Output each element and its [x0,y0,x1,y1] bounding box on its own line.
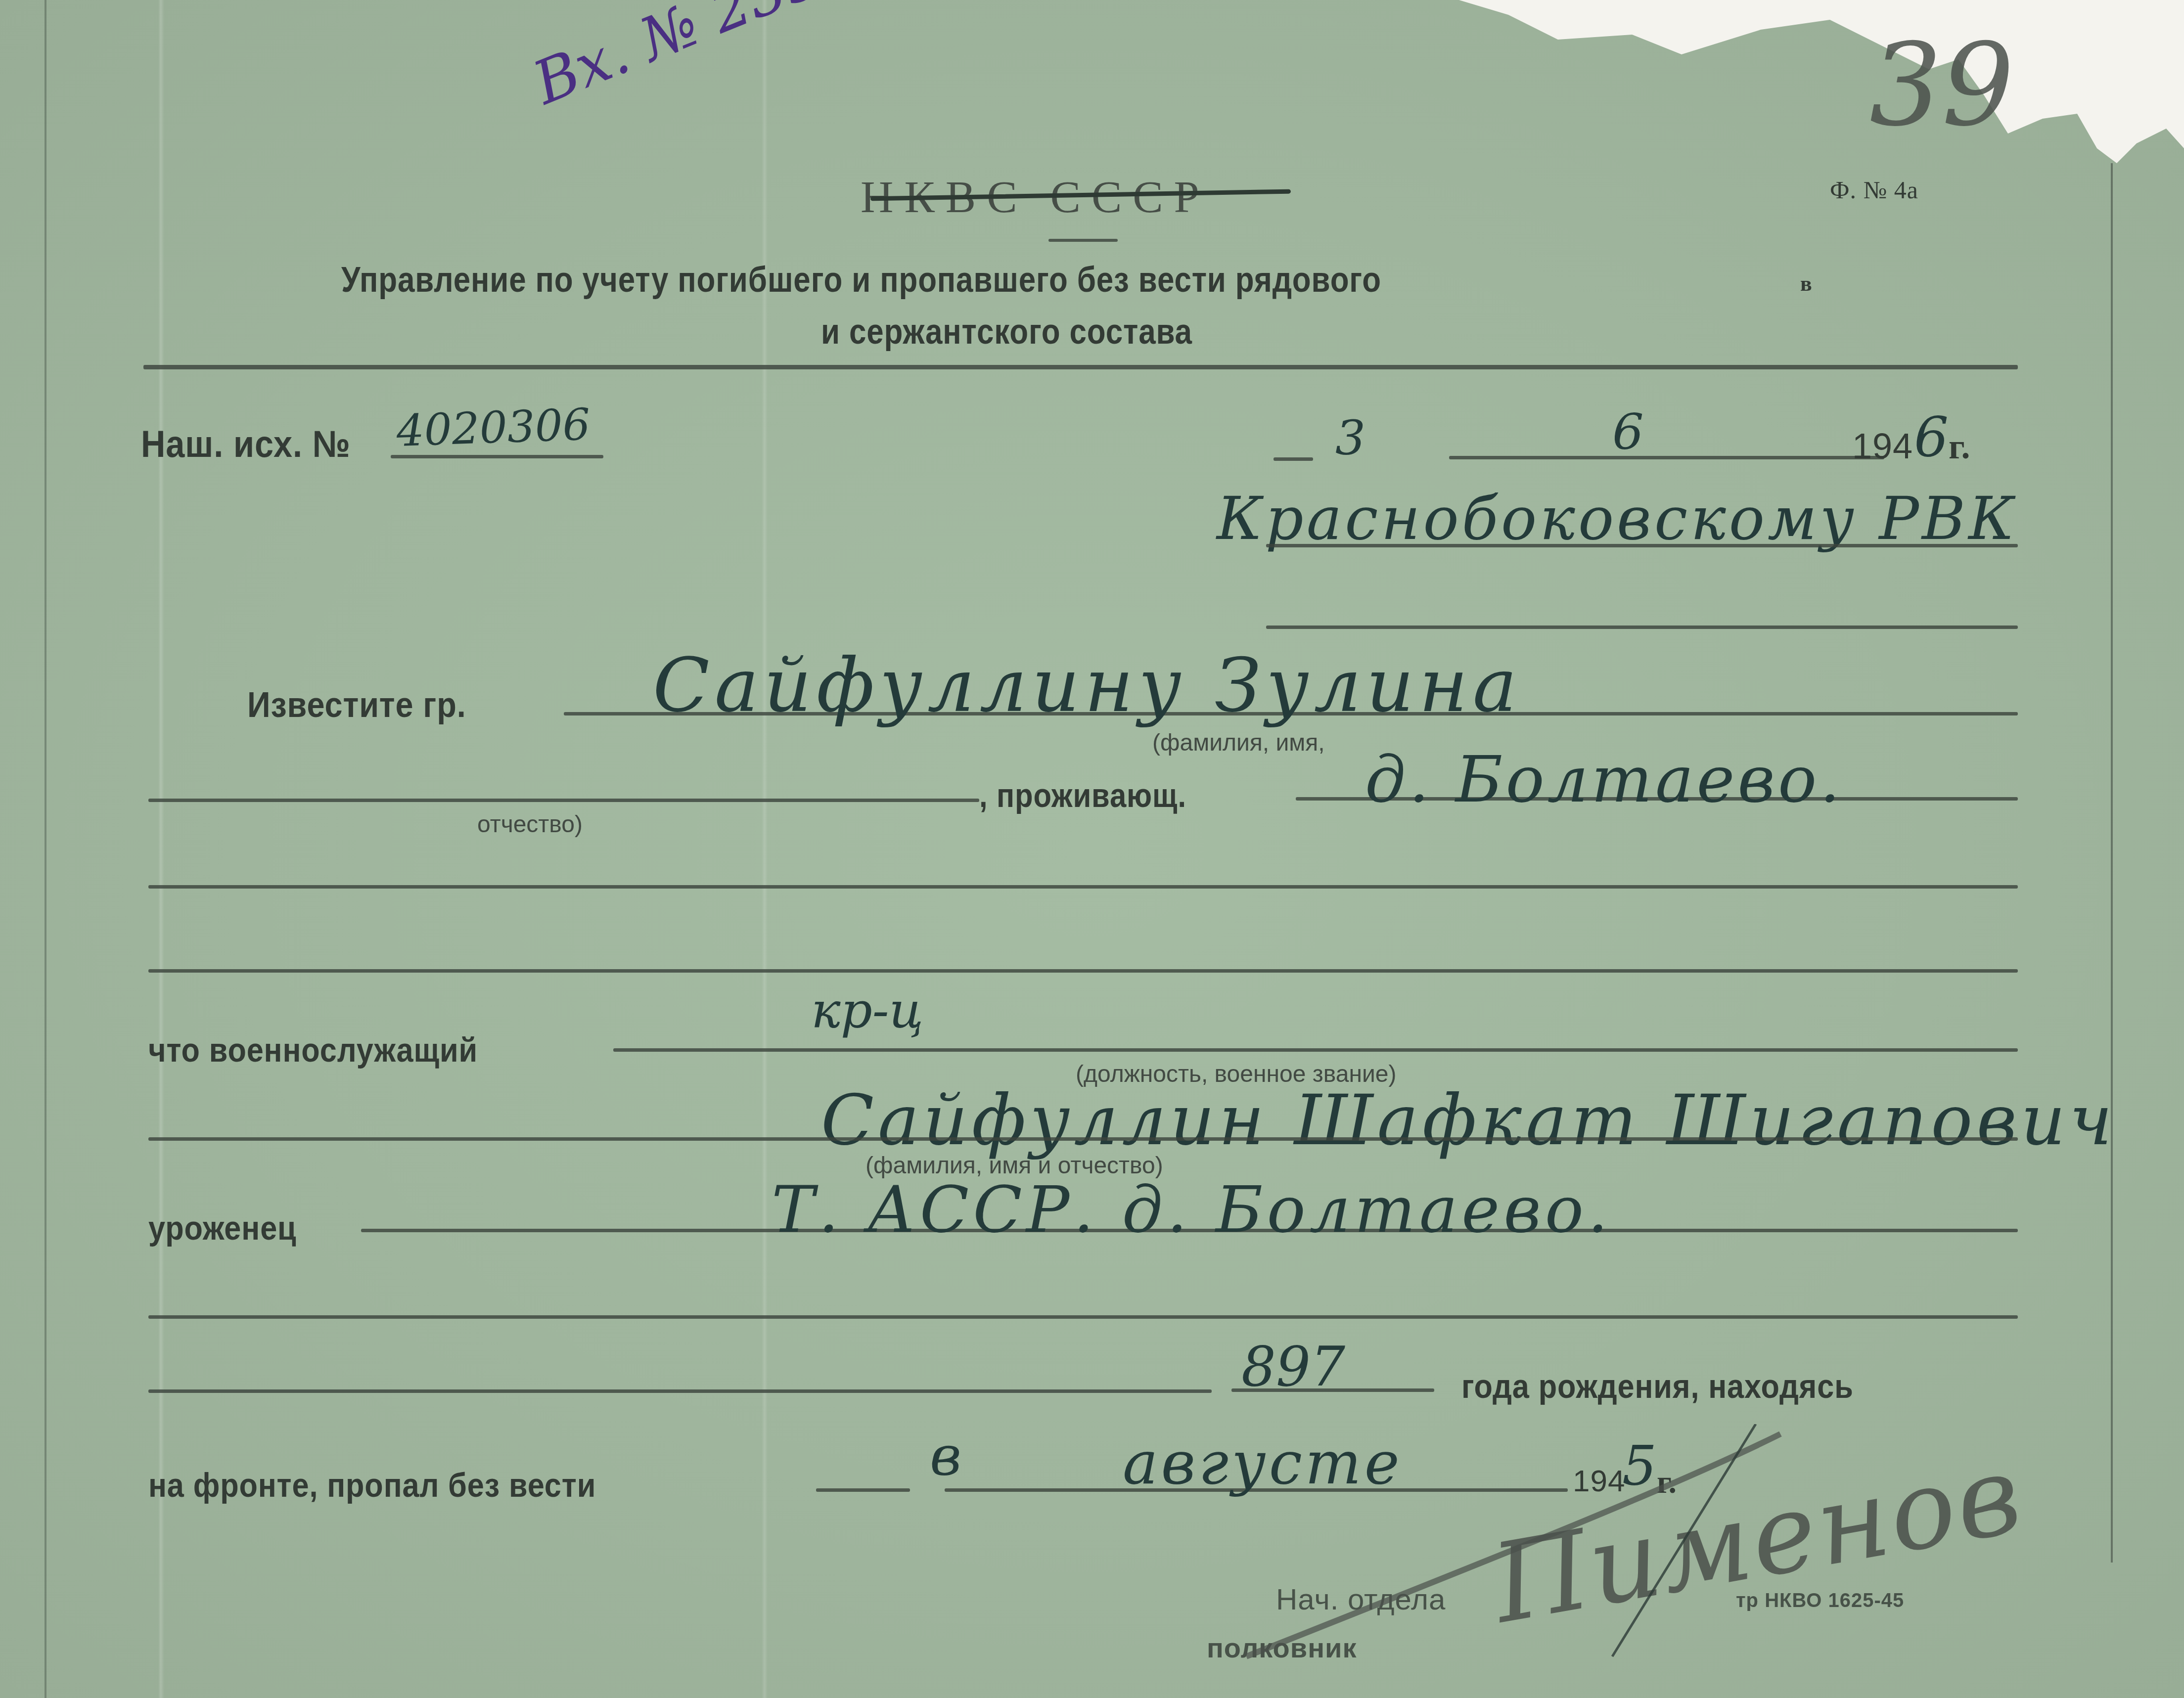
header-rule [143,365,2018,369]
sheet-number: 39 [1869,20,2014,152]
date-day-line [1274,457,1313,461]
soldier-rank-value: кр-ц [811,982,923,1039]
missing-label: на фронте, пропал без вести [148,1466,596,1505]
soldier-rank-line [613,1048,2018,1052]
native-value: Т. АССР. д. Болтаево. [772,1172,1612,1247]
blank-line-2 [148,969,2018,973]
notify-patronymic-line [148,799,979,802]
date-year-suffix: 6 [1914,405,1949,469]
header-dash [1048,239,1118,242]
soldier-name-line [148,1137,2018,1141]
header-line-2: и сержантского состава [821,312,1192,352]
date-month-line [1449,456,1884,459]
native-label: уроженец [148,1209,297,1248]
recipient-value: Краснобоковскому РВК [1217,485,2017,553]
date-day-value: 3 [1335,410,1365,466]
notify-residing-label: , проживающ. [979,776,1186,815]
native-line-2 [148,1315,2018,1319]
recipient-line-1 [1266,544,2018,547]
outgoing-number-value: 4020306 [396,399,591,456]
notify-name-value: Сайфуллину Зулина [653,643,1522,729]
pencil-stroke-icon [1187,1424,1830,1671]
form-number: Ф. № 4а [1830,176,1918,204]
recipient-line-2 [1266,626,2018,629]
soldier-name-value: Сайфуллин Шафкат Шигапович [821,1080,2116,1161]
outgoing-number-label: Наш. исх. № [141,423,351,466]
notify-label: Известите гр. [247,685,466,725]
birth-year-label: года рождения, находясь [1461,1367,1854,1406]
notify-residing-value: д. Болтаево. [1365,742,1843,817]
date-year-unit: г. [1949,426,1971,467]
date-year-prefix: 194 [1852,426,1913,467]
document-sheet [0,0,2184,1698]
right-margin-line [2111,163,2113,1563]
left-margin-line [45,0,46,1698]
blank-line-1 [148,885,2018,889]
header-line-1: Управление по учету погибшего и пропавше… [341,260,1381,300]
notify-caption-name: (фамилия, имя, [1152,729,1325,757]
notify-caption-patronymic: отчество) [477,811,583,838]
missing-day-line [816,1488,910,1492]
missing-value-prefix: в [930,1424,961,1487]
soldier-label: что военнослужащий [148,1031,478,1070]
birth-year-value: 897 [1241,1335,1345,1398]
birth-line-left [148,1389,1212,1393]
date-month-value: 6 [1612,403,1644,461]
header-side-mark: в [1800,271,1813,296]
